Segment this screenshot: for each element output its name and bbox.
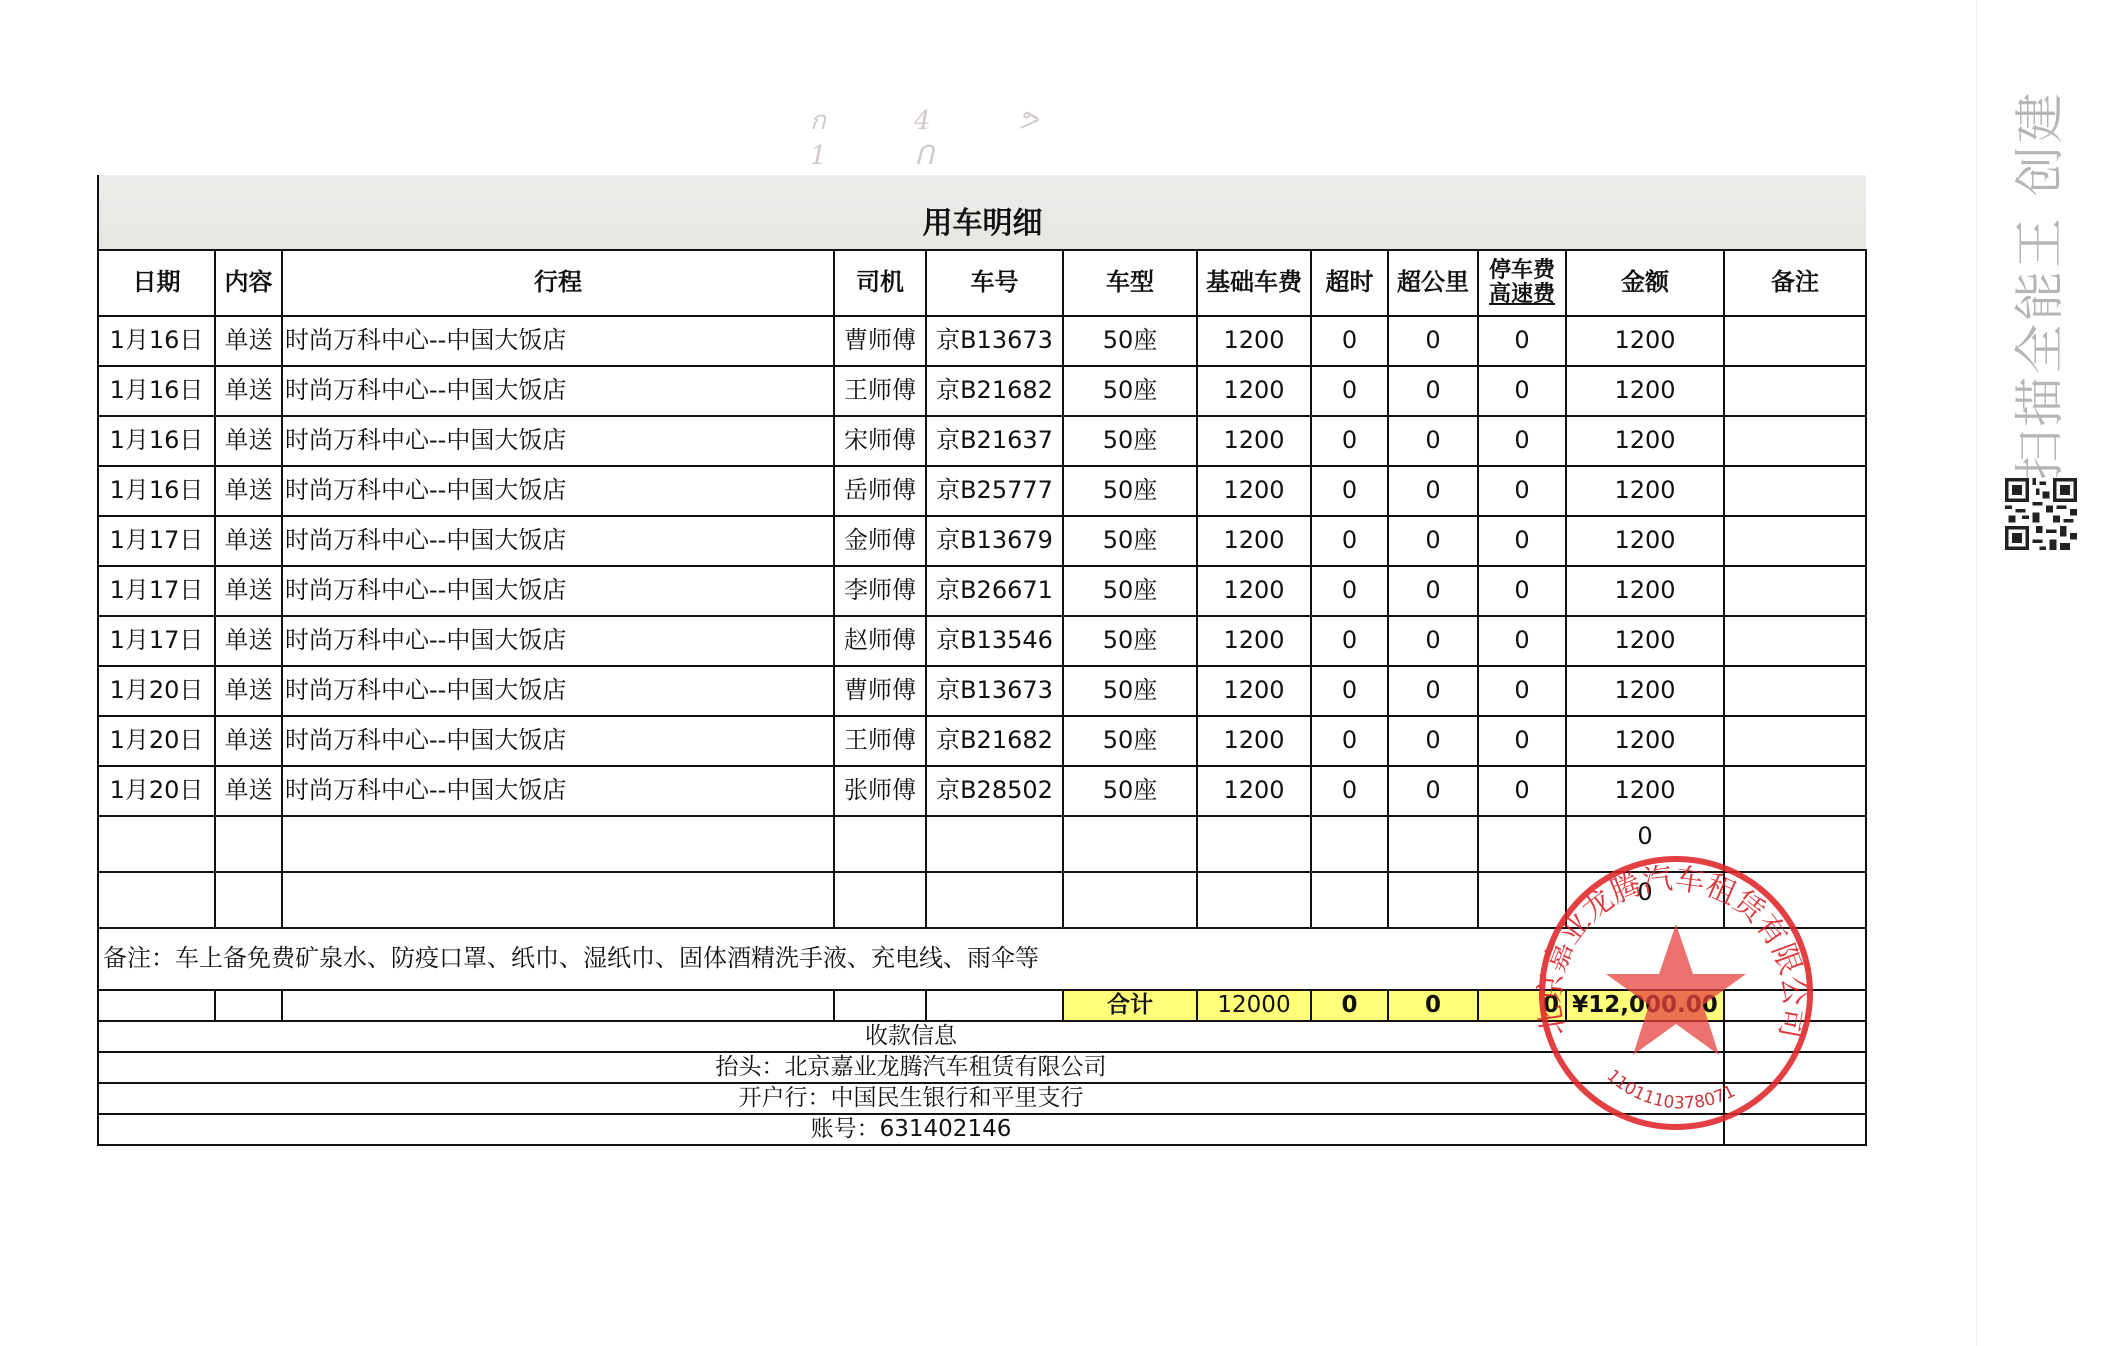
- row-amount: 1200: [1566, 566, 1724, 616]
- table-row: 1月17日单送时尚万科中心--中国大饭店金师傅京B1367950座1200000…: [98, 516, 1866, 566]
- row-vehicle-type: 50座: [1063, 316, 1197, 366]
- row-over-km: 0: [1388, 366, 1478, 416]
- row-over-km: 0: [1388, 466, 1478, 516]
- row-content: 单送: [215, 766, 282, 816]
- row-date: 1月20日: [98, 666, 215, 716]
- header-row: 日期 内容 行程 司机 车号 车型 基础车费 超时 超公里 停车费 高速费 金额…: [98, 250, 1866, 316]
- remark-row: 备注：车上备免费矿泉水、防疫口罩、纸巾、湿纸巾、固体酒精洗手液、充电线、雨伞等: [98, 928, 1866, 990]
- row-base-fee: 1200: [1197, 766, 1311, 816]
- document-title: 用车明细: [98, 175, 1866, 250]
- row-date: 1月17日: [98, 516, 215, 566]
- payee-name: 抬头：北京嘉业龙腾汽车租赁有限公司: [98, 1052, 1724, 1083]
- row-plate: 京B13673: [926, 666, 1063, 716]
- row-plate: 京B13546: [926, 616, 1063, 666]
- row-content: 单送: [215, 366, 282, 416]
- row-over-km: 0: [1388, 616, 1478, 666]
- row-date: 1月17日: [98, 566, 215, 616]
- row-driver: 王师傅: [834, 366, 926, 416]
- row-driver: 赵师傅: [834, 616, 926, 666]
- row-plate: 京B13673: [926, 316, 1063, 366]
- row-base-fee: 1200: [1197, 516, 1311, 566]
- row-amount: 1200: [1566, 416, 1724, 466]
- account-number: 账号：631402146: [98, 1114, 1724, 1145]
- col-driver: 司机: [834, 250, 926, 316]
- row-driver: 岳师傅: [834, 466, 926, 516]
- row-over-km: 0: [1388, 316, 1478, 366]
- col-remark: 备注: [1724, 250, 1866, 316]
- row-route: 时尚万科中心--中国大饭店: [282, 466, 834, 516]
- row-over-km: 0: [1388, 566, 1478, 616]
- row-parking-toll: 0: [1478, 466, 1566, 516]
- row-driver: 张师傅: [834, 766, 926, 816]
- row-overtime: 0: [1311, 716, 1388, 766]
- row-plate: 京B21637: [926, 416, 1063, 466]
- col-parking-line1: 停车费: [1479, 259, 1565, 283]
- table-row: 1月16日单送时尚万科中心--中国大饭店岳师傅京B2577750座1200000…: [98, 466, 1866, 516]
- row-vehicle-type: 50座: [1063, 766, 1197, 816]
- row-date: 1月16日: [98, 316, 215, 366]
- row-over-km: 0: [1388, 716, 1478, 766]
- total-amount: ¥12,000.00: [1566, 990, 1724, 1021]
- row-route: 时尚万科中心--中国大饭店: [282, 516, 834, 566]
- row-vehicle-type: 50座: [1063, 616, 1197, 666]
- row-amount: 1200: [1566, 316, 1724, 366]
- row-date: 1月20日: [98, 716, 215, 766]
- row-overtime: 0: [1311, 666, 1388, 716]
- row-vehicle-type: 50座: [1063, 566, 1197, 616]
- row-date: 1月16日: [98, 416, 215, 466]
- row-parking-toll: 0: [1478, 316, 1566, 366]
- table-row: 1月16日单送时尚万科中心--中国大饭店曹师傅京B1367350座1200000…: [98, 316, 1866, 366]
- row-amount: 1200: [1566, 766, 1724, 816]
- total-label: 合计: [1063, 990, 1197, 1021]
- col-amount: 金额: [1566, 250, 1724, 316]
- row-base-fee: 1200: [1197, 316, 1311, 366]
- row-content: 单送: [215, 716, 282, 766]
- row-date: 1月20日: [98, 766, 215, 816]
- payment-info-heading-row: 收款信息: [98, 1021, 1866, 1052]
- empty-row-amount: 0: [1566, 872, 1724, 928]
- empty-row: 0: [98, 872, 1866, 928]
- col-vehicle-type: 车型: [1063, 250, 1197, 316]
- row-driver: 金师傅: [834, 516, 926, 566]
- row-amount: 1200: [1566, 716, 1724, 766]
- row-amount: 1200: [1566, 466, 1724, 516]
- scanner-watermark: 扫描全能王 创建: [2000, 100, 2080, 480]
- row-amount: 1200: [1566, 366, 1724, 416]
- row-base-fee: 1200: [1197, 416, 1311, 466]
- row-remark: [1724, 516, 1866, 566]
- row-parking-toll: 0: [1478, 666, 1566, 716]
- row-remark: [1724, 666, 1866, 716]
- row-route: 时尚万科中心--中国大饭店: [282, 316, 834, 366]
- col-content: 内容: [215, 250, 282, 316]
- row-route: 时尚万科中心--中国大饭店: [282, 716, 834, 766]
- row-base-fee: 1200: [1197, 666, 1311, 716]
- row-overtime: 0: [1311, 416, 1388, 466]
- row-route: 时尚万科中心--中国大饭店: [282, 766, 834, 816]
- row-vehicle-type: 50座: [1063, 666, 1197, 716]
- row-overtime: 0: [1311, 366, 1388, 416]
- row-content: 单送: [215, 416, 282, 466]
- row-route: 时尚万科中心--中国大饭店: [282, 616, 834, 666]
- row-driver: 曹师傅: [834, 316, 926, 366]
- row-remark: [1724, 766, 1866, 816]
- col-overtime: 超时: [1311, 250, 1388, 316]
- row-content: 单送: [215, 616, 282, 666]
- remark-note: 备注：车上备免费矿泉水、防疫口罩、纸巾、湿纸巾、固体酒精洗手液、充电线、雨伞等: [98, 928, 1866, 990]
- row-over-km: 0: [1388, 666, 1478, 716]
- row-remark: [1724, 316, 1866, 366]
- total-base-fee: 12000: [1197, 990, 1311, 1021]
- row-remark: [1724, 366, 1866, 416]
- table-row: 1月17日单送时尚万科中心--中国大饭店李师傅京B2667150座1200000…: [98, 566, 1866, 616]
- row-over-km: 0: [1388, 516, 1478, 566]
- table-row: 1月16日单送时尚万科中心--中国大饭店王师傅京B2168250座1200000…: [98, 366, 1866, 416]
- row-base-fee: 1200: [1197, 366, 1311, 416]
- row-route: 时尚万科中心--中国大饭店: [282, 566, 834, 616]
- col-over-km: 超公里: [1388, 250, 1478, 316]
- account-row: 账号：631402146: [98, 1114, 1866, 1145]
- qr-code-icon[interactable]: [2005, 478, 2077, 550]
- row-vehicle-type: 50座: [1063, 516, 1197, 566]
- row-driver: 李师傅: [834, 566, 926, 616]
- col-plate: 车号: [926, 250, 1063, 316]
- table-row: 1月16日单送时尚万科中心--中国大饭店宋师傅京B2163750座1200000…: [98, 416, 1866, 466]
- row-parking-toll: 0: [1478, 766, 1566, 816]
- total-row: 合计 12000 0 0 0 ¥12,000.00: [98, 990, 1866, 1021]
- col-parking-toll: 停车费 高速费: [1478, 250, 1566, 316]
- bank-row: 开户行：中国民生银行和平里支行: [98, 1083, 1866, 1114]
- row-remark: [1724, 466, 1866, 516]
- table-row: 1月20日单送时尚万科中心--中国大饭店王师傅京B2168250座1200000…: [98, 716, 1866, 766]
- row-base-fee: 1200: [1197, 566, 1311, 616]
- row-remark: [1724, 716, 1866, 766]
- row-parking-toll: 0: [1478, 516, 1566, 566]
- row-vehicle-type: 50座: [1063, 716, 1197, 766]
- row-driver: 曹师傅: [834, 666, 926, 716]
- row-content: 单送: [215, 466, 282, 516]
- col-date: 日期: [98, 250, 215, 316]
- row-parking-toll: 0: [1478, 416, 1566, 466]
- payment-info-heading: 收款信息: [98, 1021, 1724, 1052]
- col-route: 行程: [282, 250, 834, 316]
- row-plate: 京B25777: [926, 466, 1063, 516]
- row-date: 1月17日: [98, 616, 215, 666]
- row-content: 单送: [215, 666, 282, 716]
- row-content: 单送: [215, 516, 282, 566]
- row-vehicle-type: 50座: [1063, 416, 1197, 466]
- row-vehicle-type: 50座: [1063, 466, 1197, 516]
- col-base-fee: 基础车费: [1197, 250, 1311, 316]
- row-content: 单送: [215, 316, 282, 366]
- row-vehicle-type: 50座: [1063, 366, 1197, 416]
- row-overtime: 0: [1311, 516, 1388, 566]
- row-route: 时尚万科中心--中国大饭店: [282, 666, 834, 716]
- table-row: 1月20日单送时尚万科中心--中国大饭店张师傅京B2850250座1200000…: [98, 766, 1866, 816]
- row-plate: 京B26671: [926, 566, 1063, 616]
- row-driver: 宋师傅: [834, 416, 926, 466]
- row-overtime: 0: [1311, 766, 1388, 816]
- table-row: 1月20日单送时尚万科中心--中国大饭店曹师傅京B1367350座1200000…: [98, 666, 1866, 716]
- row-amount: 1200: [1566, 666, 1724, 716]
- row-parking-toll: 0: [1478, 366, 1566, 416]
- row-amount: 1200: [1566, 516, 1724, 566]
- row-parking-toll: 0: [1478, 716, 1566, 766]
- row-overtime: 0: [1311, 566, 1388, 616]
- row-plate: 京B28502: [926, 766, 1063, 816]
- row-date: 1月16日: [98, 366, 215, 416]
- row-content: 单送: [215, 566, 282, 616]
- payee-row: 抬头：北京嘉业龙腾汽车租赁有限公司: [98, 1052, 1866, 1083]
- empty-row: 0: [98, 816, 1866, 872]
- scan-panel-divider: [1976, 0, 1977, 1346]
- row-base-fee: 1200: [1197, 466, 1311, 516]
- col-parking-line2: 高速费: [1479, 283, 1565, 307]
- row-overtime: 0: [1311, 466, 1388, 516]
- row-base-fee: 1200: [1197, 716, 1311, 766]
- row-overtime: 0: [1311, 616, 1388, 666]
- row-parking-toll: 0: [1478, 616, 1566, 666]
- row-plate: 京B21682: [926, 716, 1063, 766]
- bank-name: 开户行：中国民生银行和平里支行: [98, 1083, 1724, 1114]
- row-remark: [1724, 566, 1866, 616]
- vehicle-usage-detail-table: 用车明细 日期 内容 行程 司机 车号 车型 基础车费 超时 超公里 停车费 高…: [97, 175, 1867, 1146]
- row-remark: [1724, 416, 1866, 466]
- row-amount: 1200: [1566, 616, 1724, 666]
- watermark-text: 扫描全能王 创建: [2000, 100, 2080, 480]
- row-date: 1月16日: [98, 466, 215, 516]
- table-row: 1月17日单送时尚万科中心--中国大饭店赵师傅京B1354650座1200000…: [98, 616, 1866, 666]
- faint-handwritten-marks: ก 4 ᕗ 1 ᑎ: [810, 100, 1130, 150]
- total-parking-toll: 0: [1478, 990, 1566, 1021]
- row-remark: [1724, 616, 1866, 666]
- row-plate: 京B13679: [926, 516, 1063, 566]
- row-parking-toll: 0: [1478, 566, 1566, 616]
- row-route: 时尚万科中心--中国大饭店: [282, 366, 834, 416]
- empty-row-amount: 0: [1566, 816, 1724, 872]
- row-overtime: 0: [1311, 316, 1388, 366]
- row-over-km: 0: [1388, 416, 1478, 466]
- row-driver: 王师傅: [834, 716, 926, 766]
- total-over-km: 0: [1388, 990, 1478, 1021]
- row-over-km: 0: [1388, 766, 1478, 816]
- row-plate: 京B21682: [926, 366, 1063, 416]
- total-overtime: 0: [1311, 990, 1388, 1021]
- row-base-fee: 1200: [1197, 616, 1311, 666]
- row-route: 时尚万科中心--中国大饭店: [282, 416, 834, 466]
